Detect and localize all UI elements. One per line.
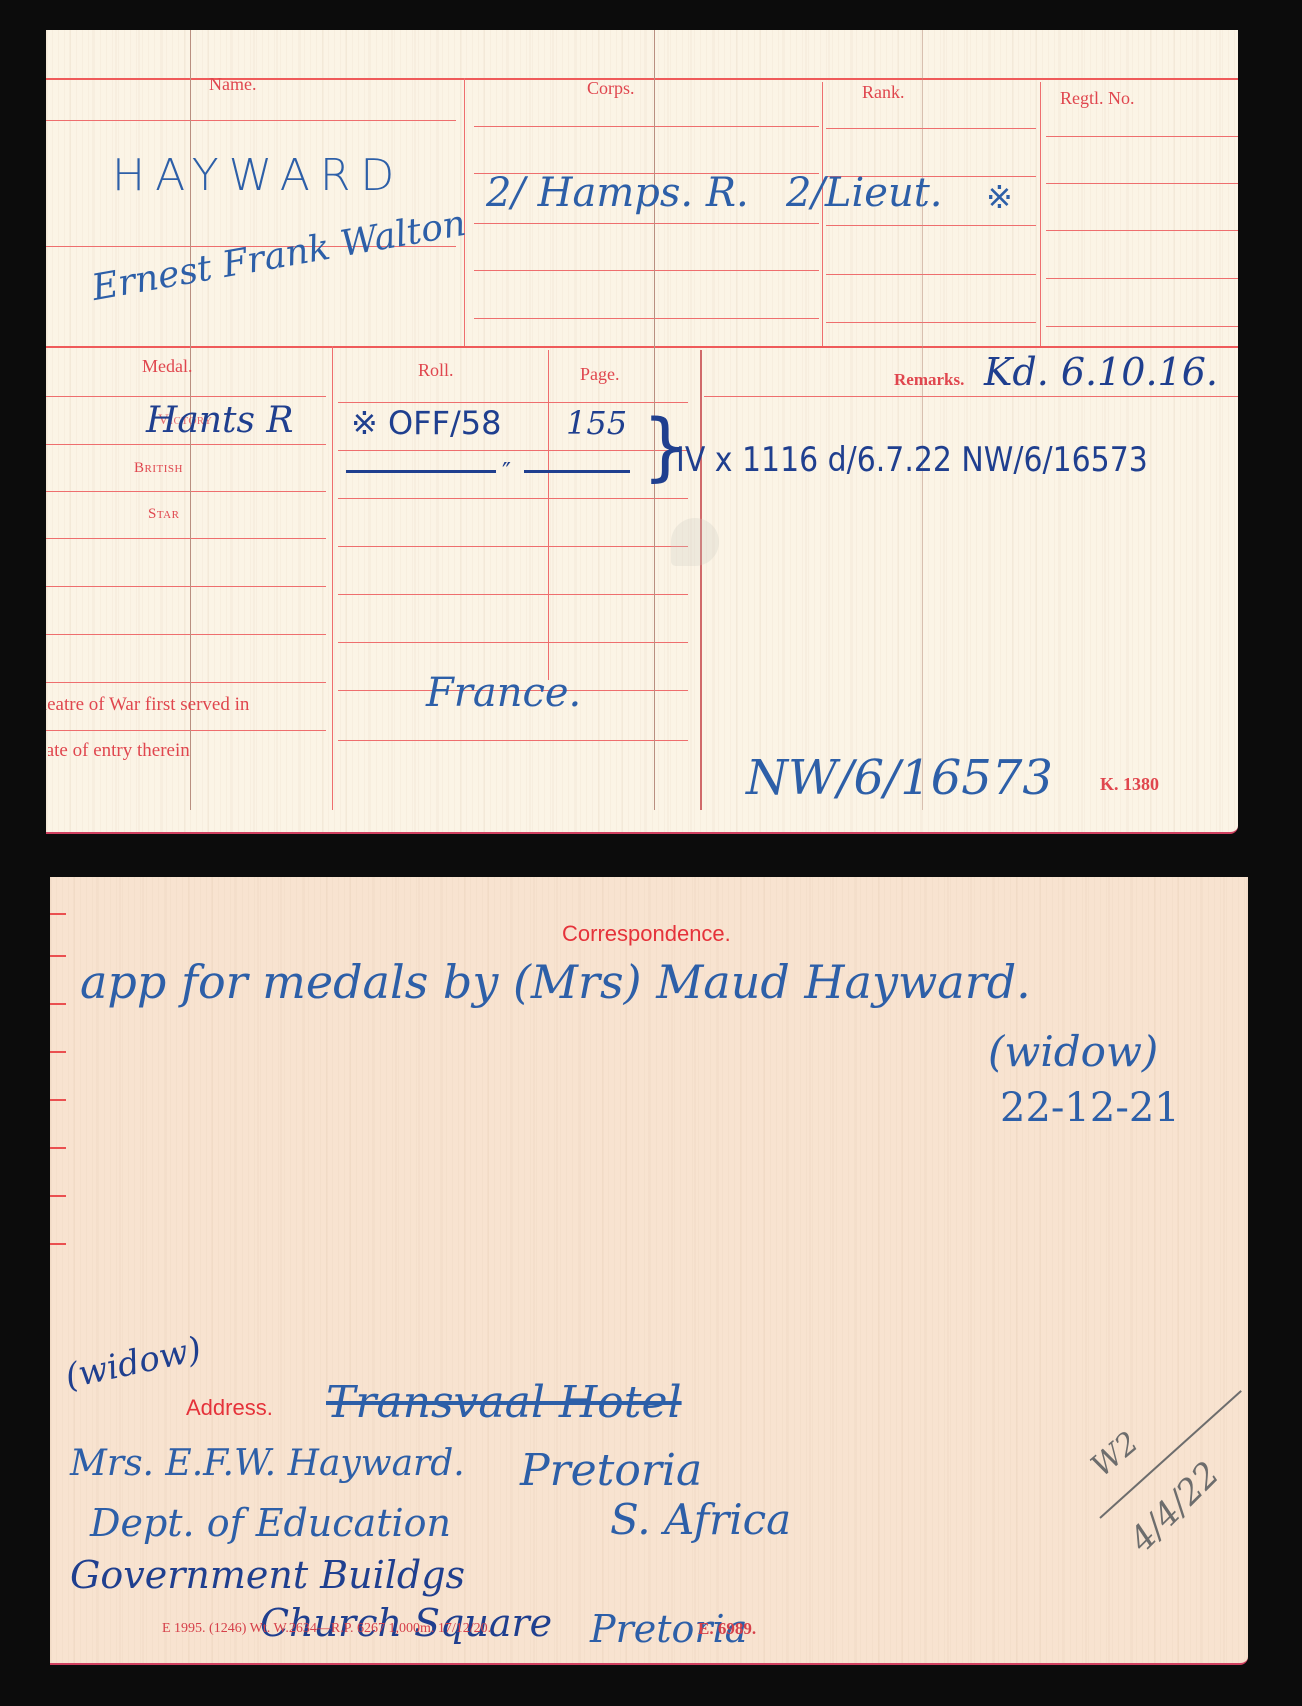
theatre-value: France. (426, 670, 581, 716)
divider (1040, 82, 1041, 346)
medal-section-top-rule (46, 346, 1238, 348)
ditto-line-right (524, 470, 630, 473)
address-city1: Pretoria (520, 1445, 702, 1496)
rule (46, 120, 456, 121)
medal-entry-value: Hants R (146, 400, 294, 441)
rule (46, 444, 326, 445)
date-entry-label: Date of entry therein (32, 740, 190, 762)
rule (338, 594, 688, 595)
rule (338, 450, 688, 451)
reference-value: NW/6/16573 (746, 750, 1053, 806)
margin-tick (50, 1195, 66, 1197)
rank-mark-value: ※ (986, 178, 1013, 216)
roll-value: ※ OFF/58 (351, 404, 501, 442)
ditto-mark: ″ (502, 458, 511, 486)
roll-header: Roll. (418, 360, 454, 381)
medal-british-label: British (134, 460, 183, 477)
address-hotel: Transvaal Hotel (326, 1377, 682, 1428)
rule (826, 274, 1036, 275)
rule (704, 396, 1238, 397)
remarks-top-value: Kd. 6.10.16. (984, 350, 1218, 394)
rule (654, 126, 819, 127)
correspondence-date: 22-12-21 (1000, 1085, 1180, 1131)
address-line3: Government Buildgs (70, 1553, 465, 1597)
rule (1046, 278, 1238, 279)
forenames-value: Ernest Frank Walton (89, 203, 469, 309)
rule (474, 318, 654, 319)
address-widow: (widow) (62, 1329, 205, 1397)
margin-tick (50, 913, 66, 915)
regtl-no-header: Regtl. No. (1060, 88, 1135, 109)
rule (826, 322, 1036, 323)
rule (826, 128, 1036, 129)
divider (700, 350, 702, 810)
pencil-date: 4/4/22 (1122, 1454, 1228, 1560)
divider (548, 350, 549, 680)
page-header: Page. (580, 364, 620, 385)
address-country: S. Africa (610, 1495, 791, 1544)
address-label: Address. (186, 1395, 273, 1421)
rule (338, 498, 688, 499)
rule (46, 682, 326, 683)
watermark-leaf-icon (671, 518, 719, 566)
rank-value: 2/Lieut. (786, 170, 943, 216)
form-number: K. 1380 (1100, 774, 1159, 795)
rule (1046, 183, 1238, 184)
ditto-line-left (346, 470, 496, 473)
theatre-label: Theatre of War first served in (26, 694, 249, 716)
rule (654, 270, 819, 271)
print-code: E. 6989. (698, 1619, 756, 1639)
rule (1046, 326, 1238, 327)
rule (1046, 230, 1238, 231)
corps-value: 2/ Hamps. R. (486, 170, 749, 216)
rule (338, 740, 688, 741)
rule (46, 586, 326, 587)
medal-index-card-back: Correspondence. app for medals by (Mrs) … (50, 877, 1248, 1665)
divider (922, 30, 923, 810)
rule (654, 318, 819, 319)
margin-tick (50, 1243, 66, 1245)
corps-header: Corps. (587, 78, 635, 99)
name-header: Name. (209, 74, 256, 95)
print-line: E 1995. (1246) Wt. W.2634—R.P. 6267 1,00… (162, 1621, 491, 1637)
margin-tick (50, 1147, 66, 1149)
rule (46, 730, 326, 731)
rule (474, 126, 654, 127)
rule (46, 491, 326, 492)
pencil-note: W2 (1085, 1425, 1146, 1484)
address-line2: Dept. of Education (90, 1501, 451, 1545)
margin-tick (50, 1099, 66, 1101)
rule (338, 546, 688, 547)
rule (474, 270, 654, 271)
margin-tick (50, 1051, 66, 1053)
margin-tick (50, 955, 66, 957)
rule (338, 642, 688, 643)
correspondence-line2: (widow) (988, 1027, 1158, 1076)
correspondence-line1: app for medals by (Mrs) Maud Hayward. (80, 955, 1031, 1009)
rule (654, 223, 819, 224)
margin-tick (50, 1003, 66, 1005)
rule (1046, 136, 1238, 137)
medal-header: Medal. (142, 356, 192, 377)
rule (474, 223, 654, 224)
medal-star-label: Star (148, 506, 179, 523)
rule (46, 396, 326, 397)
remarks-header: Remarks. (894, 370, 964, 390)
page-value: 155 (566, 404, 627, 442)
remarks-detail-value: IV x 1116 d/6.7.22 NW/6/16573 (676, 440, 1148, 480)
rule (46, 538, 326, 539)
correspondence-title: Correspondence. (562, 921, 731, 947)
address-line1: Mrs. E.F.W. Hayward. (70, 1443, 465, 1484)
rule (338, 402, 688, 403)
rule (826, 225, 1036, 226)
rank-header: Rank. (862, 82, 905, 103)
medal-index-card-front: Name. Corps. Rank. Regtl. No. Medal. Rol… (46, 30, 1238, 834)
rule (46, 634, 326, 635)
divider (332, 346, 333, 810)
surname-value: HAYWARD (112, 150, 404, 201)
divider (464, 78, 465, 346)
